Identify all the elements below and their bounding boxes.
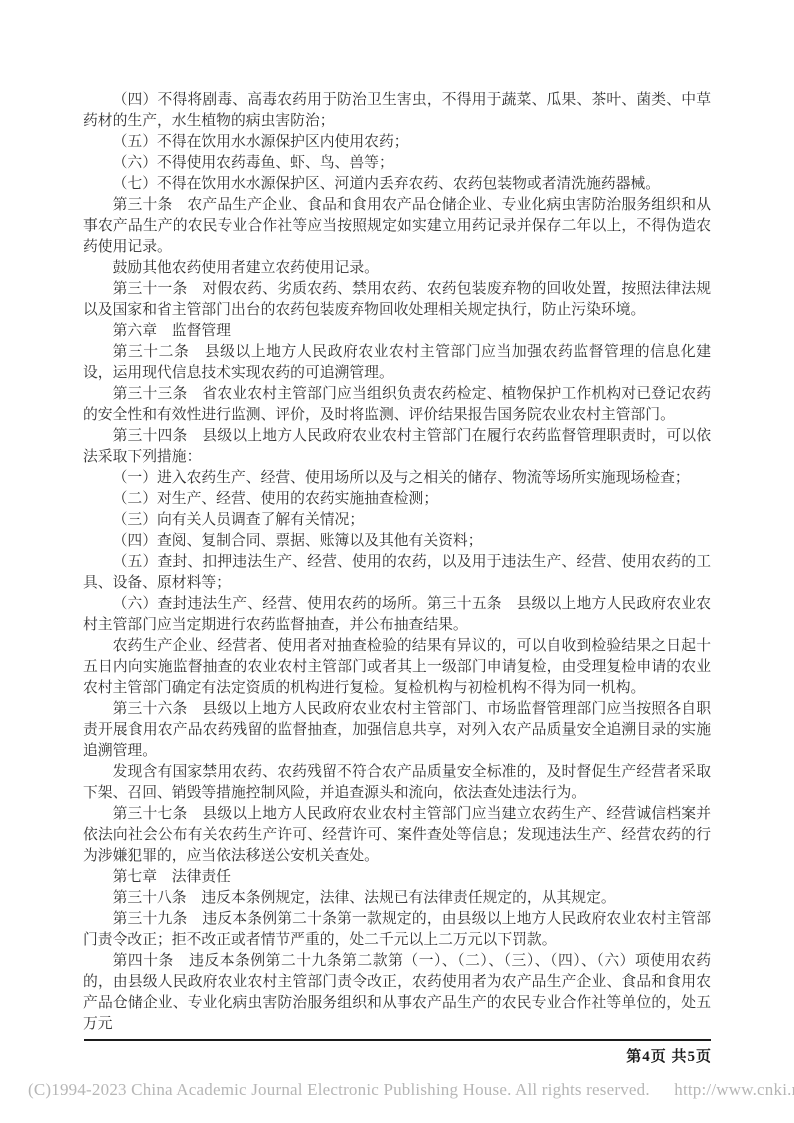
footer-divider — [84, 1039, 711, 1041]
copyright-text: (C)1994-2023 China Academic Journal Elec… — [28, 1080, 650, 1099]
article-paragraph: 第三十四条 县级以上地方人民政府农业农村主管部门在履行农药监督管理职责时，可以依… — [83, 426, 711, 468]
article-paragraph: 第三十一条 对假农药、劣质农药、禁用农药、农药包装废弃物的回收处置，按照法律法规… — [83, 279, 711, 321]
list-item-clause: （四）查阅、复制合同、票据、账簿以及其他有关资料； — [83, 531, 711, 552]
article-paragraph: 第三十八条 违反本条例规定，法律、法规已有法律责任规定的，从其规定。 — [83, 888, 711, 909]
list-item-clause: （五）不得在饮用水水源保护区内使用农药； — [83, 132, 711, 153]
article-paragraph: 第三十六条 县级以上地方人民政府农业农村主管部门、市场监督管理部门应当按照各自职… — [83, 699, 711, 762]
copyright-watermark: (C)1994-2023 China Academic Journal Elec… — [28, 1080, 794, 1100]
cnki-url-text: http://www.cnki.net — [674, 1080, 794, 1099]
chapter-heading: 第六章 监督管理 — [83, 321, 711, 342]
list-item-clause: （二）对生产、经营、使用的农药实施抽查检测； — [83, 489, 711, 510]
document-body: （四）不得将剧毒、高毒农药用于防治卫生害虫，不得用于蔬菜、瓜果、茶叶、菌类、中草… — [83, 90, 711, 1035]
list-item-clause: （四）不得将剧毒、高毒农药用于防治卫生害虫，不得用于蔬菜、瓜果、茶叶、菌类、中草… — [83, 90, 711, 132]
chapter-heading: 第七章 法律责任 — [83, 867, 711, 888]
list-item-clause: （三）向有关人员调查了解有关情况； — [83, 510, 711, 531]
article-paragraph: 第三十九条 违反本条例第二十条第一款规定的，由县级以上地方人民政府农业农村主管部… — [83, 909, 711, 951]
article-paragraph: 发现含有国家禁用农药、农药残留不符合农产品质量安全标准的，及时督促生产经营者采取… — [83, 762, 711, 804]
document-page: （四）不得将剧毒、高毒农药用于防治卫生害虫，不得用于蔬菜、瓜果、茶叶、菌类、中草… — [0, 0, 794, 1123]
article-paragraph: 农药生产企业、经营者、使用者对抽查检验的结果有异议的，可以自收到检验结果之日起十… — [83, 636, 711, 699]
list-item-clause: （一）进入农药生产、经营、使用场所以及与之相关的储存、物流等场所实施现场检查； — [83, 468, 711, 489]
list-item-clause: （七）不得在饮用水水源保护区、河道内丢弃农药、农药包装物或者清洗施药器械。 — [83, 174, 711, 195]
article-paragraph: 鼓励其他农药使用者建立农药使用记录。 — [83, 258, 711, 279]
article-paragraph: 第三十七条 县级以上地方人民政府农业农村主管部门应当建立农药生产、经营诚信档案并… — [83, 804, 711, 867]
article-paragraph: 第四十条 违反本条例第二十九条第二款第（一）、（二）、（三）、（四）、（六）项使… — [83, 951, 711, 1035]
list-item-clause: （五）查封、扣押违法生产、经营、使用的农药，以及用于违法生产、经营、使用农药的工… — [83, 552, 711, 594]
list-item-clause: （六）不得使用农药毒鱼、虾、鸟、兽等； — [83, 153, 711, 174]
article-paragraph: （六）查封违法生产、经营、使用农药的场所。第三十五条 县级以上地方人民政府农业农… — [83, 594, 711, 636]
article-paragraph: 第三十条 农产品生产企业、食品和食用农产品仓储企业、专业化病虫害防治服务组织和从… — [83, 195, 711, 258]
page-number: 第4页 共5页 — [626, 1045, 712, 1066]
article-paragraph: 第三十二条 县级以上地方人民政府农业农村主管部门应当加强农药监督管理的信息化建设… — [83, 342, 711, 384]
article-paragraph: 第三十三条 省农业农村主管部门应当组织负责农药检定、植物保护工作机构对已登记农药… — [83, 384, 711, 426]
